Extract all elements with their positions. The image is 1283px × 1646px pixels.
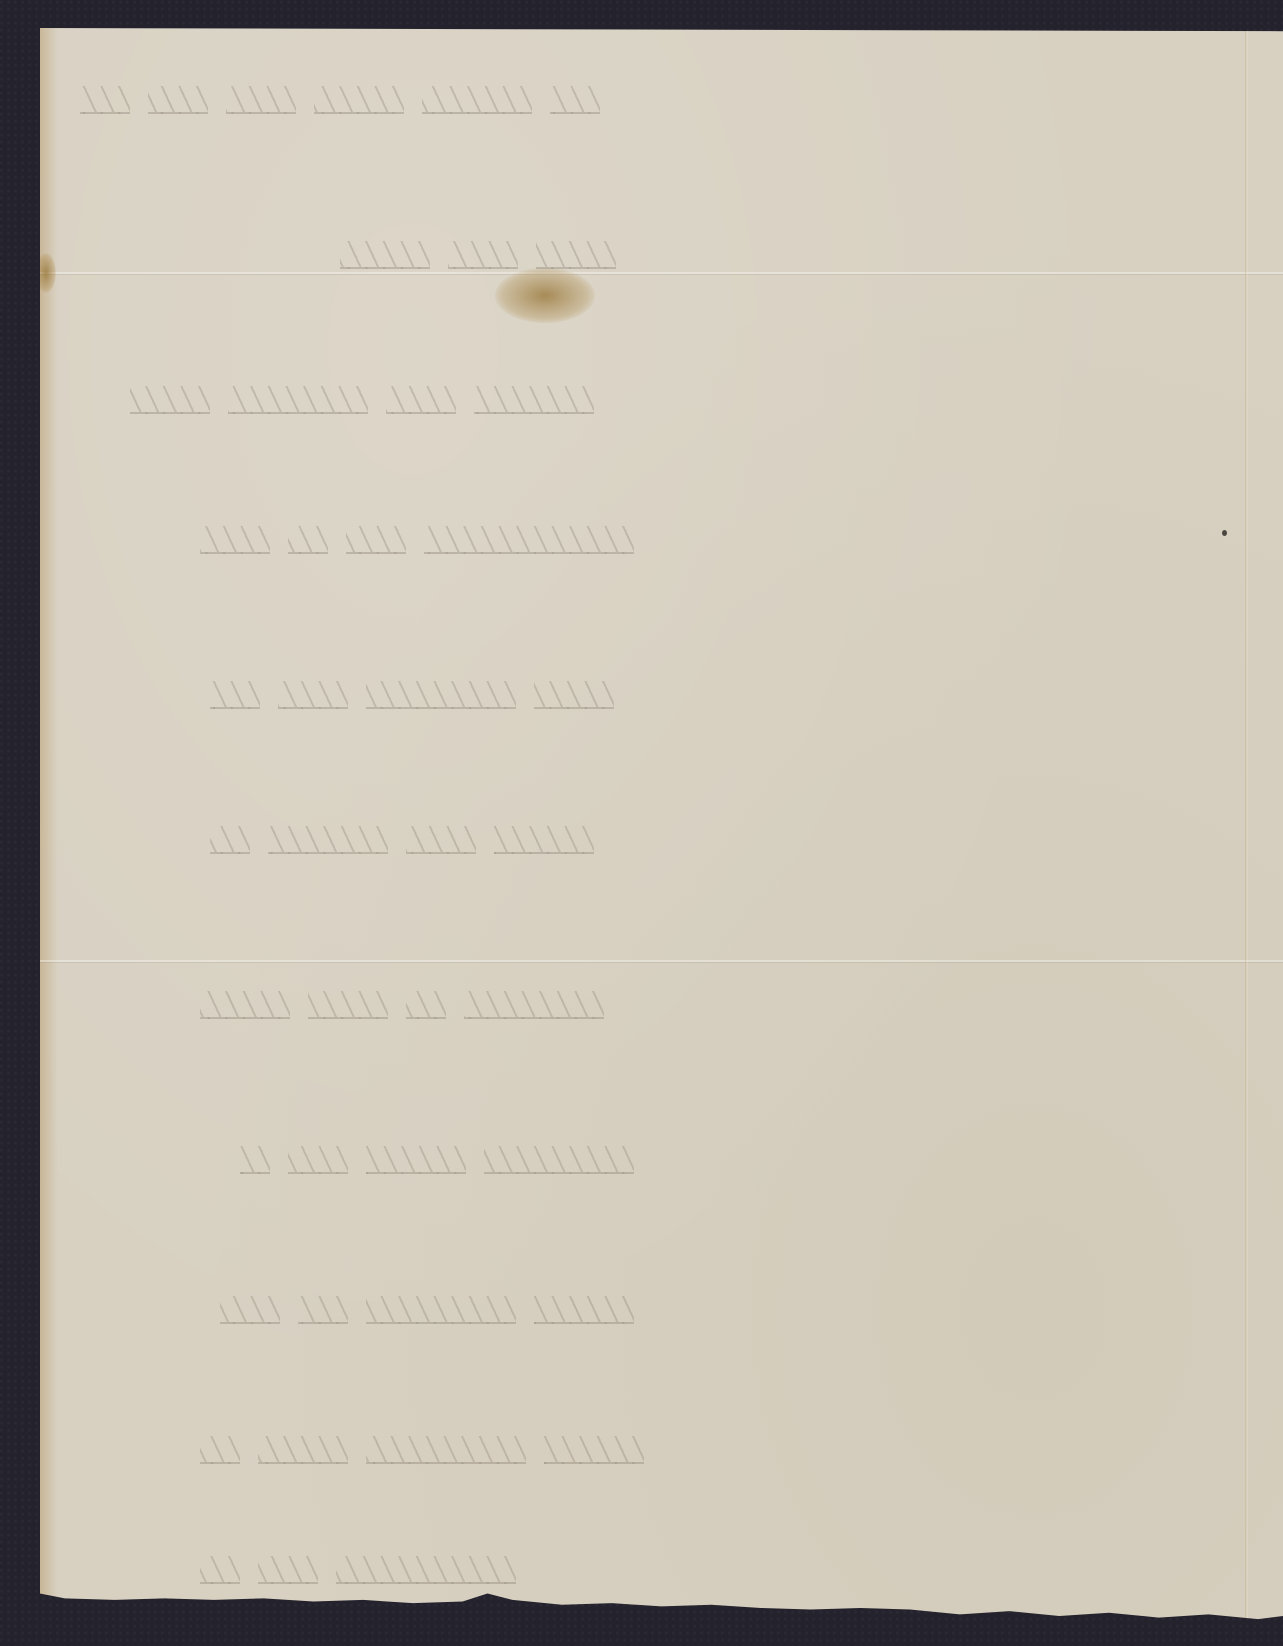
handwriting-line bbox=[340, 235, 616, 275]
handwriting-word bbox=[386, 386, 456, 414]
handwriting-line bbox=[200, 520, 634, 560]
handwriting-word bbox=[228, 386, 368, 414]
handwriting-word bbox=[278, 681, 348, 709]
handwriting-line bbox=[220, 1290, 634, 1330]
handwriting-line bbox=[200, 1430, 644, 1470]
handwriting-word bbox=[484, 1146, 634, 1174]
handwriting-word bbox=[288, 1146, 348, 1174]
handwriting-word bbox=[148, 86, 208, 114]
handwriting-word bbox=[258, 1436, 348, 1464]
handwriting-word bbox=[226, 86, 296, 114]
handwriting-word bbox=[422, 86, 532, 114]
handwriting-line bbox=[130, 380, 594, 420]
handwriting-word bbox=[448, 241, 518, 269]
horizontal-fold-line bbox=[40, 272, 1283, 274]
handwriting-word bbox=[314, 86, 404, 114]
handwriting-word bbox=[258, 1556, 318, 1584]
handwriting-word bbox=[200, 991, 290, 1019]
paper-sheet bbox=[40, 28, 1283, 1632]
handwriting-word bbox=[210, 826, 250, 854]
handwriting-word bbox=[240, 1146, 270, 1174]
handwriting-word bbox=[534, 681, 614, 709]
handwriting-line bbox=[240, 1140, 634, 1180]
handwriting-word bbox=[336, 1556, 516, 1584]
handwriting-word bbox=[200, 526, 270, 554]
handwriting-word bbox=[424, 526, 634, 554]
handwriting-word bbox=[366, 1146, 466, 1174]
handwriting-word bbox=[534, 1296, 634, 1324]
handwriting-word bbox=[200, 1556, 240, 1584]
handwriting-word bbox=[550, 86, 600, 114]
handwriting-line bbox=[80, 80, 600, 120]
handwriting-word bbox=[406, 826, 476, 854]
handwriting-word bbox=[340, 241, 430, 269]
handwriting-line bbox=[210, 820, 594, 860]
handwriting-line bbox=[200, 1550, 516, 1590]
handwriting-word bbox=[220, 1296, 280, 1324]
handwriting-word bbox=[494, 826, 594, 854]
handwriting-line bbox=[210, 675, 614, 715]
vertical-fold-line bbox=[1245, 28, 1248, 1632]
handwriting-word bbox=[210, 681, 260, 709]
handwriting-word bbox=[544, 1436, 644, 1464]
handwriting-word bbox=[366, 1296, 516, 1324]
handwriting-line bbox=[200, 985, 604, 1025]
handwriting-word bbox=[536, 241, 616, 269]
handwriting-word bbox=[268, 826, 388, 854]
handwriting-word bbox=[288, 526, 328, 554]
handwriting-word bbox=[130, 386, 210, 414]
handwriting-word bbox=[474, 386, 594, 414]
handwriting-word bbox=[298, 1296, 348, 1324]
handwriting-word bbox=[406, 991, 446, 1019]
dark-speck bbox=[1222, 530, 1227, 536]
ink-stain bbox=[495, 268, 595, 323]
handwriting-word bbox=[200, 1436, 240, 1464]
handwriting-word bbox=[366, 681, 516, 709]
handwriting-word bbox=[464, 991, 604, 1019]
handwriting-word bbox=[308, 991, 388, 1019]
handwriting-word bbox=[346, 526, 406, 554]
horizontal-fold-line bbox=[40, 960, 1283, 962]
handwriting-word bbox=[366, 1436, 526, 1464]
handwriting-word bbox=[80, 86, 130, 114]
